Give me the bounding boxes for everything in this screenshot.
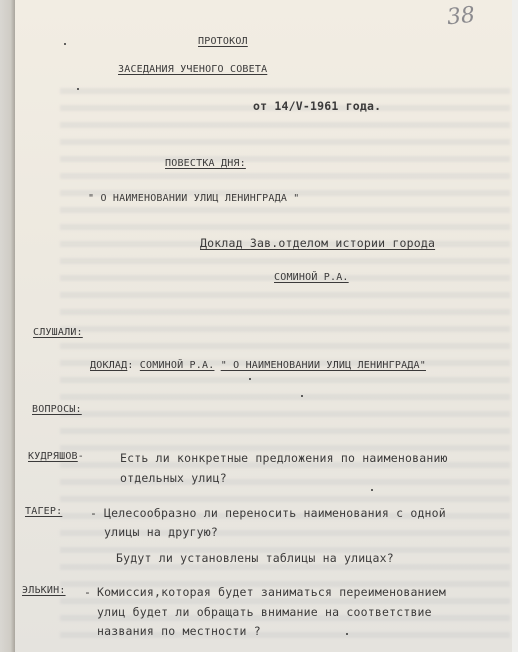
heard-label: СЛУШАЛИ: [33, 327, 83, 338]
report-topic: " О НАИМЕНОВАНИИ УЛИЦ ЛЕНИНГРАДА" [221, 360, 426, 371]
question-text: отдельных улиц? [120, 471, 227, 485]
question-text: улицы на другую? [104, 525, 218, 539]
page-edge [512, 0, 518, 652]
meeting-date: от 14/V-1961 года. [253, 99, 381, 113]
agenda-label: ПОВЕСТКА ДНЯ: [165, 158, 246, 169]
document-title: ПРОТОКОЛ [198, 36, 248, 47]
questioner-name: ЭЛЬКИН: [22, 585, 66, 596]
report-speaker: СОМИНОЙ Р.А. [140, 360, 215, 371]
question-text: улиц будет ли обращать внимание на соотв… [97, 605, 432, 619]
report-separator: : [127, 360, 133, 371]
dash: - [90, 506, 97, 520]
questioner-name: КУДРЯШОВ [28, 451, 78, 462]
page-binding [0, 0, 15, 652]
paper-speck [346, 633, 348, 635]
agenda-speaker-line: Доклад Зав.отделом истории города [200, 236, 435, 250]
handwritten-page-number: 38 [446, 3, 476, 31]
questions-label: ВОПРОСЫ: [32, 404, 82, 415]
paper-speck [77, 88, 79, 90]
document-subtitle: ЗАСЕДАНИЯ УЧЕНОГО СОВЕТА [118, 64, 267, 75]
questioner-name: ТАГЕР: [25, 506, 62, 517]
dash: - [78, 451, 84, 462]
paper-speck [371, 489, 373, 491]
question-text: Комиссия,которая будет заниматься переим… [97, 585, 446, 599]
question-text: названия по местности ? [97, 624, 261, 638]
heard-report-line: ДОКЛАД: СОМИНОЙ Р.А. " О НАИМЕНОВАНИИ УЛ… [90, 360, 426, 371]
agenda-speaker-name: СОМИНОЙ Р.А. [274, 272, 349, 283]
report-label: ДОКЛАД [90, 360, 127, 371]
question-text: Целесообразно ли переносить наименования… [104, 506, 446, 520]
paper-speck [64, 43, 66, 45]
dash: - [84, 585, 91, 599]
paper-speck [249, 378, 251, 380]
question-text: Есть ли конкретные предложения по наимен… [120, 451, 448, 465]
question-text: Будут ли установлены таблицы на улицах? [116, 551, 394, 565]
agenda-topic: " О НАИМЕНОВАНИИ УЛИЦ ЛЕНИНГРАДА " [88, 193, 300, 204]
paper-speck [301, 395, 303, 397]
